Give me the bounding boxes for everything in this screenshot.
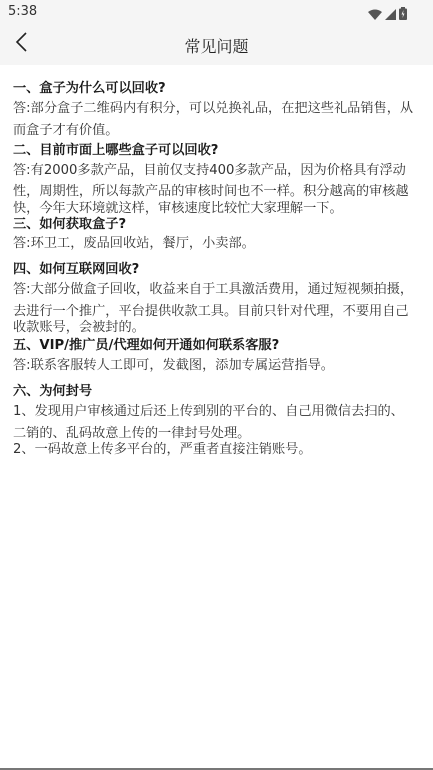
faq-answer-line: 二销的、乱码故意上传的一律封号处理。 <box>13 426 250 442</box>
wifi-icon <box>368 5 382 24</box>
faq-answer-line: 快，今年大环境就这样，审核速度比较忙大家理解一下。 <box>13 201 343 217</box>
faq-answer-line: 收款账号，会被封的。 <box>13 320 145 336</box>
faq-answer-line: 1、发现用户审核通过后还上传到别的平台的、自己用微信去扫的、 <box>13 404 404 420</box>
faq-answer-line: 去进行一个推广，平台提供收款工具。目前只针对代理，不要用自己 <box>13 304 409 320</box>
faq-answer-line: 答:联系客服转人工即可，发截图，添加专属运营指导。 <box>13 358 334 374</box>
faq-content: 一、盒子为什么可以回收? 答:部分盒子二维码内有积分，可以兑换礼品，在把这些礼品… <box>0 65 433 765</box>
faq-question: 三、如何获取盒子? <box>13 217 126 233</box>
faq-answer-line: 答:部分盒子二维码内有积分，可以兑换礼品，在把这些礼品销售，从 <box>13 101 413 117</box>
faq-answer-line: 2、一码故意上传多平台的，严重者直接注销账号。 <box>13 442 312 458</box>
page-title: 常见问题 <box>0 34 433 57</box>
app-bar: 常见问题 <box>0 24 433 65</box>
faq-question: 四、如何互联网回收? <box>13 262 139 278</box>
faq-question: 一、盒子为什么可以回收? <box>13 81 166 97</box>
faq-question: 二、目前市面上哪些盒子可以回收? <box>13 143 218 159</box>
status-time: 5:38 <box>8 4 37 19</box>
faq-answer-line: 答:大部分做盒子回收，收益来自于工具激活费用，通过短视频拍摄， <box>13 282 413 298</box>
faq-question: 六、为何封号 <box>13 384 92 400</box>
battery-charging-icon <box>399 5 407 24</box>
cell-signal-icon <box>385 5 396 24</box>
faq-answer-line: 而盒子才有价值。 <box>13 123 119 139</box>
status-icons <box>368 5 407 24</box>
status-bar: 5:38 <box>0 0 433 24</box>
faq-answer-line: 答:环卫工，废品回收站，餐厅，小卖部。 <box>13 236 255 252</box>
faq-question: 五、VIP/推广员/代理如何开通如何联系客服? <box>13 338 279 354</box>
faq-answer-line: 答:有2000多款产品，目前仅支持400多款产品，因为价格具有浮动 <box>13 163 406 179</box>
faq-answer-line: 性，周期性，所以每款产品的审核时间也不一样。积分越高的审核越 <box>13 184 409 200</box>
